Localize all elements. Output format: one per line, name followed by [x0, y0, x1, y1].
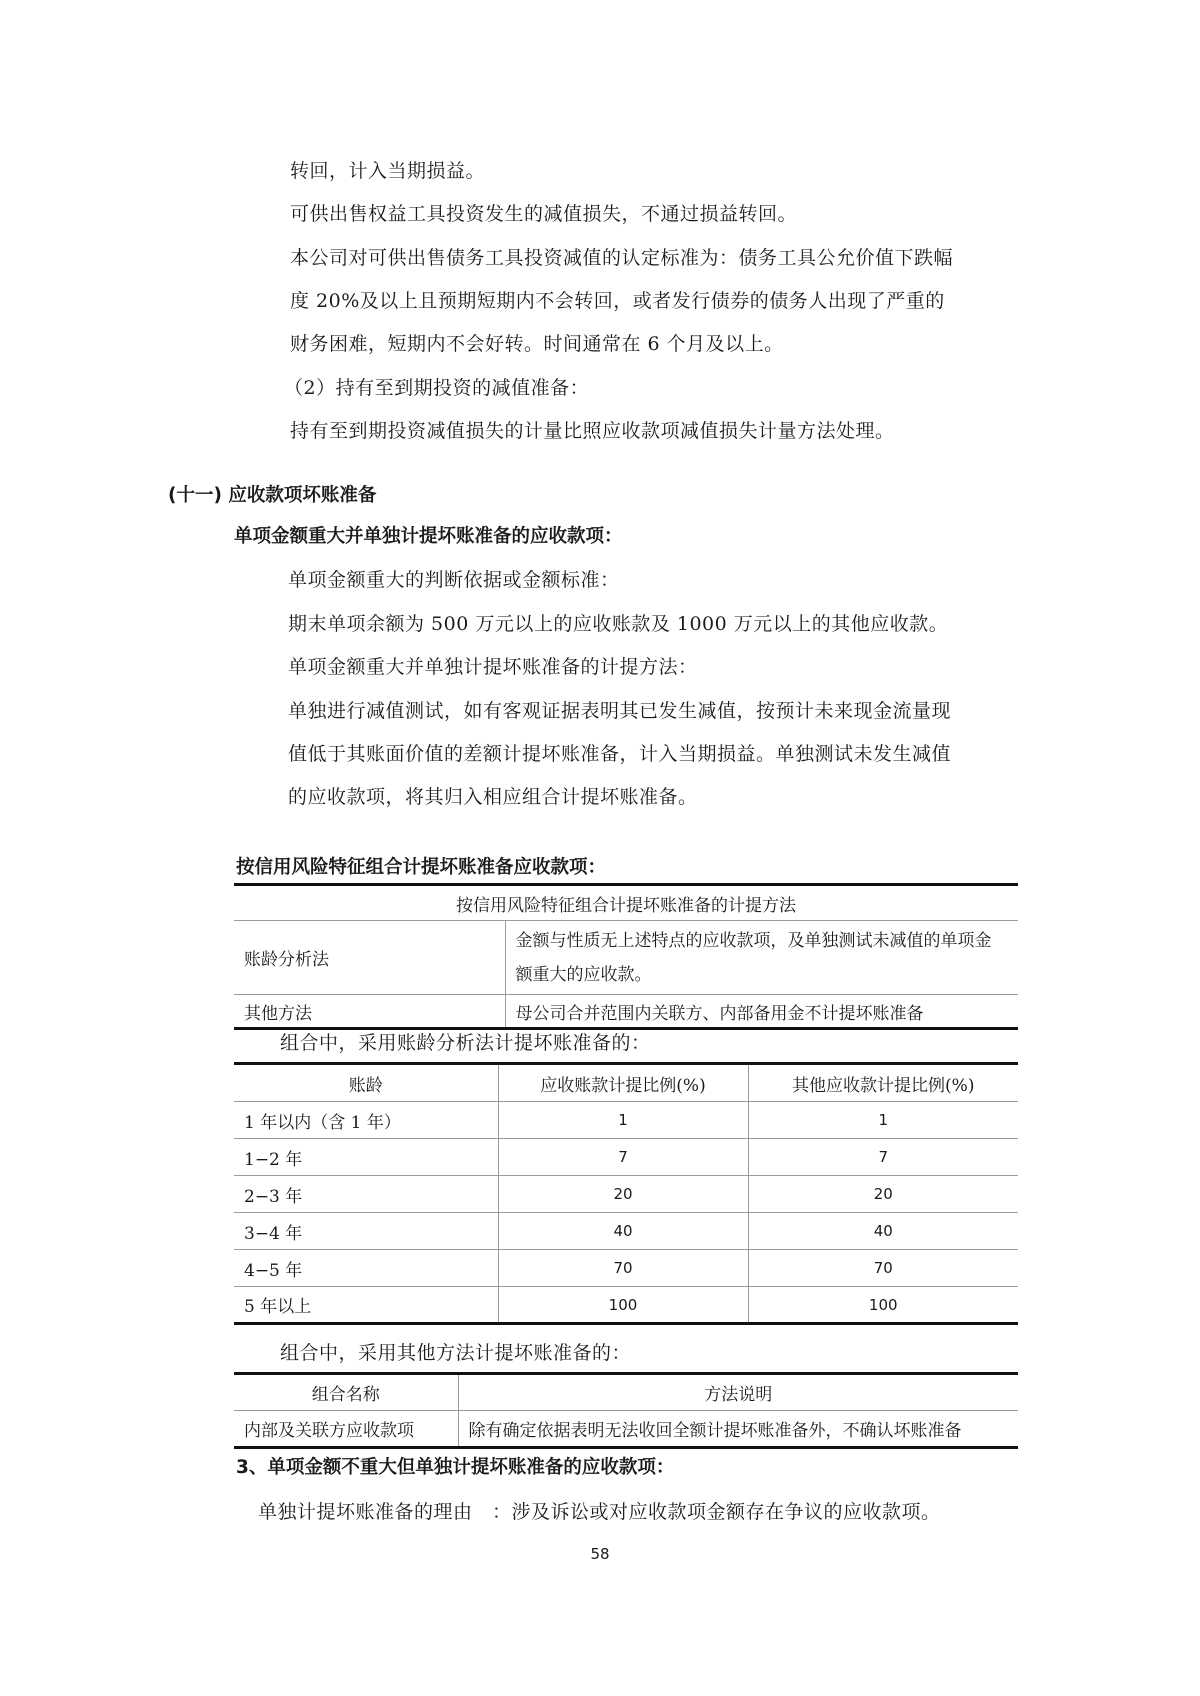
other-intro: 组合中，采用其他方法计提坏账准备的：: [280, 1340, 631, 1366]
table-row: 内部及关联方应收款项 除有确定依据表明无法收回全额计提坏账准备外，不确认坏账准备: [234, 1411, 1018, 1448]
sub-heading: 单项金额重大并单独计提坏账准备的应收款项：: [234, 524, 623, 550]
paragraph-line: 单独进行减值测试，如有客观证据表明其已发生减值，按预计未来现金流量现: [288, 698, 951, 724]
sub-heading: 按信用风险特征组合计提坏账准备应收款项：: [236, 855, 606, 881]
methods-table-header: 按信用风险特征组合计提坏账准备的计提方法: [234, 885, 1018, 921]
method-desc: 母公司合并范围内关联方、内部备用金不计提坏账准备: [505, 995, 1018, 1029]
other-table-header: 组合名称: [234, 1374, 458, 1411]
table-row: 3−4 年 40 40: [234, 1213, 1018, 1250]
method-name: 账龄分析法: [234, 921, 505, 995]
other-table-header: 方法说明: [458, 1374, 1018, 1411]
aging-intro: 组合中，采用账龄分析法计提坏账准备的：: [280, 1030, 651, 1056]
aging-period: 4−5 年: [234, 1250, 498, 1287]
other-receivable-rate: 40: [748, 1213, 1018, 1250]
paragraph-line: 转回，计入当期损益。: [290, 158, 485, 184]
aging-period: 1 年以内（含 1 年）: [234, 1102, 498, 1139]
aging-header: 其他应收款计提比例(%): [748, 1064, 1018, 1102]
aging-period: 3−4 年: [234, 1213, 498, 1250]
paragraph-line: 可供出售权益工具投资发生的减值损失，不通过损益转回。: [290, 201, 797, 227]
receivable-rate: 1: [498, 1102, 748, 1139]
paragraph-line: 值低于其账面价值的差额计提坏账准备，计入当期损益。单独测试未发生减值: [288, 741, 951, 767]
reason-line: 单独计提坏账准备的理由 ：涉及诉讼或对应收款项金额存在争议的应收款项。: [258, 1499, 941, 1525]
other-receivable-rate: 1: [748, 1102, 1018, 1139]
table-row: 1 年以内（含 1 年） 1 1: [234, 1102, 1018, 1139]
paragraph-line: 单项金额重大的判断依据或金额标准：: [288, 567, 620, 593]
table-row: 2−3 年 20 20: [234, 1176, 1018, 1213]
receivable-rate: 100: [498, 1287, 748, 1324]
method-desc-line: 金额与性质无上述特点的应收款项，及单独测试未减值的单项金: [516, 924, 1009, 958]
aging-period: 5 年以上: [234, 1287, 498, 1324]
other-method-table: 组合名称 方法说明 内部及关联方应收款项 除有确定依据表明无法收回全额计提坏账准…: [234, 1372, 1018, 1449]
table-row: 5 年以上 100 100: [234, 1287, 1018, 1324]
method-desc: 金额与性质无上述特点的应收款项，及单独测试未减值的单项金 额重大的应收款。: [505, 921, 1018, 995]
paragraph-line: 单项金额重大并单独计提坏账准备的计提方法：: [288, 654, 698, 680]
other-receivable-rate: 100: [748, 1287, 1018, 1324]
paragraph-line: 度 20%及以上且预期短期内不会转回，或者发行债券的债务人出现了严重的: [290, 288, 945, 314]
method-desc-line: 额重大的应收款。: [516, 958, 1009, 992]
other-receivable-rate: 7: [748, 1139, 1018, 1176]
receivable-rate: 7: [498, 1139, 748, 1176]
paragraph-line: 持有至到期投资减值损失的计量比照应收款项减值损失计量方法处理。: [290, 418, 895, 444]
paragraph-line: 期末单项余额为 500 万元以上的应收账款及 1000 万元以上的其他应收款。: [288, 611, 948, 637]
document-page: 转回，计入当期损益。 可供出售权益工具投资发生的减值损失，不通过损益转回。 本公…: [0, 0, 1200, 1696]
paragraph-line: 本公司对可供出售债务工具投资减值的认定标准为：债务工具公允价值下跌幅: [290, 245, 953, 271]
other-receivable-rate: 70: [748, 1250, 1018, 1287]
paragraph-line: 财务困难，短期内不会好转。时间通常在 6 个月及以上。: [290, 331, 784, 357]
section-heading: (十一) 应收款项坏账准备: [168, 483, 376, 509]
aging-period: 2−3 年: [234, 1176, 498, 1213]
methods-table: 按信用风险特征组合计提坏账准备的计提方法 账龄分析法 金额与性质无上述特点的应收…: [234, 883, 1018, 1030]
other-receivable-rate: 20: [748, 1176, 1018, 1213]
receivable-rate: 40: [498, 1213, 748, 1250]
method-name: 其他方法: [234, 995, 505, 1029]
aging-header: 账龄: [234, 1064, 498, 1102]
combination-name: 内部及关联方应收款项: [234, 1411, 458, 1448]
paragraph-line: 的应收款项，将其归入相应组合计提坏账准备。: [288, 784, 698, 810]
aging-table: 账龄 应收账款计提比例(%) 其他应收款计提比例(%) 1 年以内（含 1 年）…: [234, 1062, 1018, 1325]
aging-period: 1−2 年: [234, 1139, 498, 1176]
sub-heading: 3、单项金额不重大但单独计提坏账准备的应收款项：: [236, 1455, 674, 1481]
receivable-rate: 20: [498, 1176, 748, 1213]
method-explanation: 除有确定依据表明无法收回全额计提坏账准备外，不确认坏账准备: [458, 1411, 1018, 1448]
aging-header: 应收账款计提比例(%): [498, 1064, 748, 1102]
table-row: 1−2 年 7 7: [234, 1139, 1018, 1176]
sub-item-heading: （2）持有至到期投资的减值准备：: [284, 375, 589, 401]
page-number: 58: [0, 1545, 1200, 1563]
receivable-rate: 70: [498, 1250, 748, 1287]
table-row: 4−5 年 70 70: [234, 1250, 1018, 1287]
